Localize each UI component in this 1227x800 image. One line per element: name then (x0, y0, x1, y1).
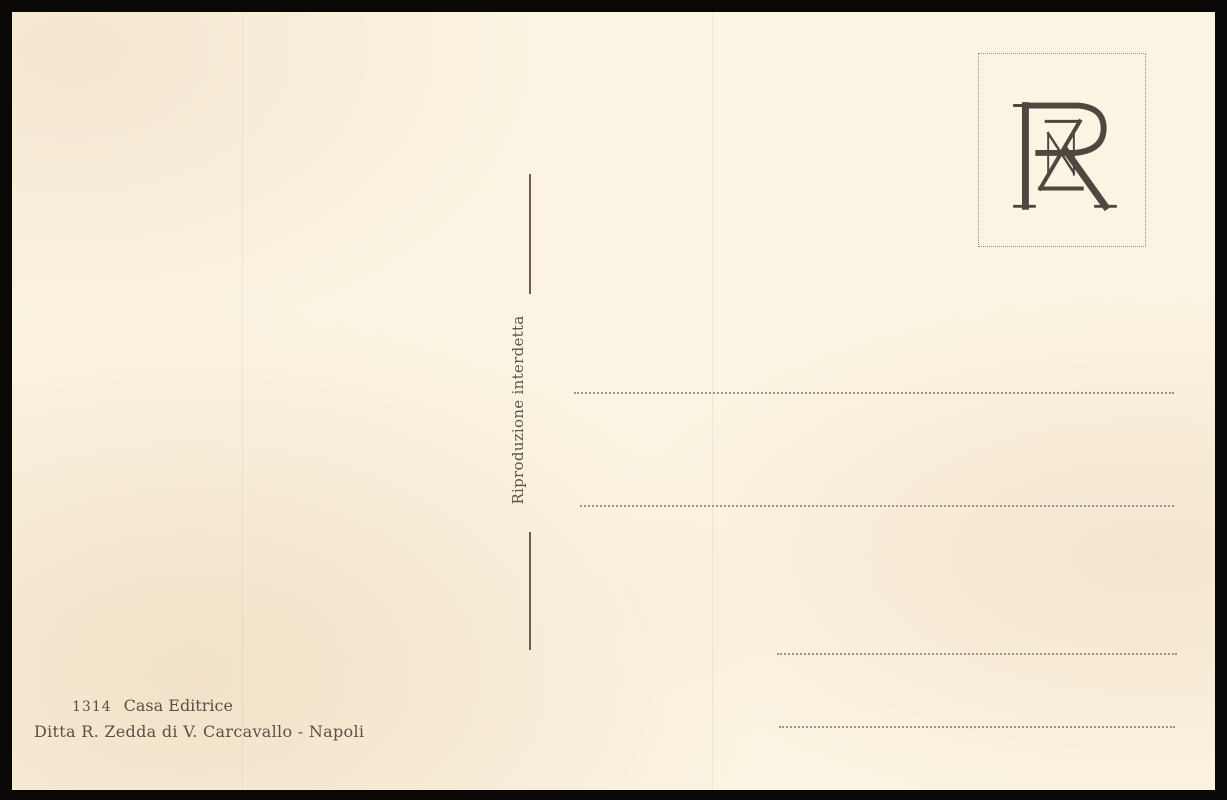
publisher-line-2: Ditta R. Zedda di V. Carcavallo - Napoli (34, 722, 364, 741)
paper-crease (712, 12, 713, 790)
publisher-line-1: 1314Casa Editrice (72, 696, 233, 715)
stamp-box (978, 53, 1146, 247)
reproduction-notice: Riproduzione interdetta (509, 315, 527, 504)
paper-crease (242, 12, 243, 790)
divider-line-bottom (529, 532, 531, 650)
rz-monogram-icon (979, 54, 1145, 246)
publisher-label: Casa Editrice (124, 696, 233, 715)
divider-line-top (529, 174, 531, 294)
address-line-2 (580, 505, 1174, 507)
address-line-1 (574, 392, 1174, 394)
postcard-back: Riproduzione interdetta (12, 12, 1215, 790)
card-number: 1314 (72, 699, 112, 715)
address-line-3 (777, 653, 1177, 655)
address-line-4 (779, 726, 1175, 728)
